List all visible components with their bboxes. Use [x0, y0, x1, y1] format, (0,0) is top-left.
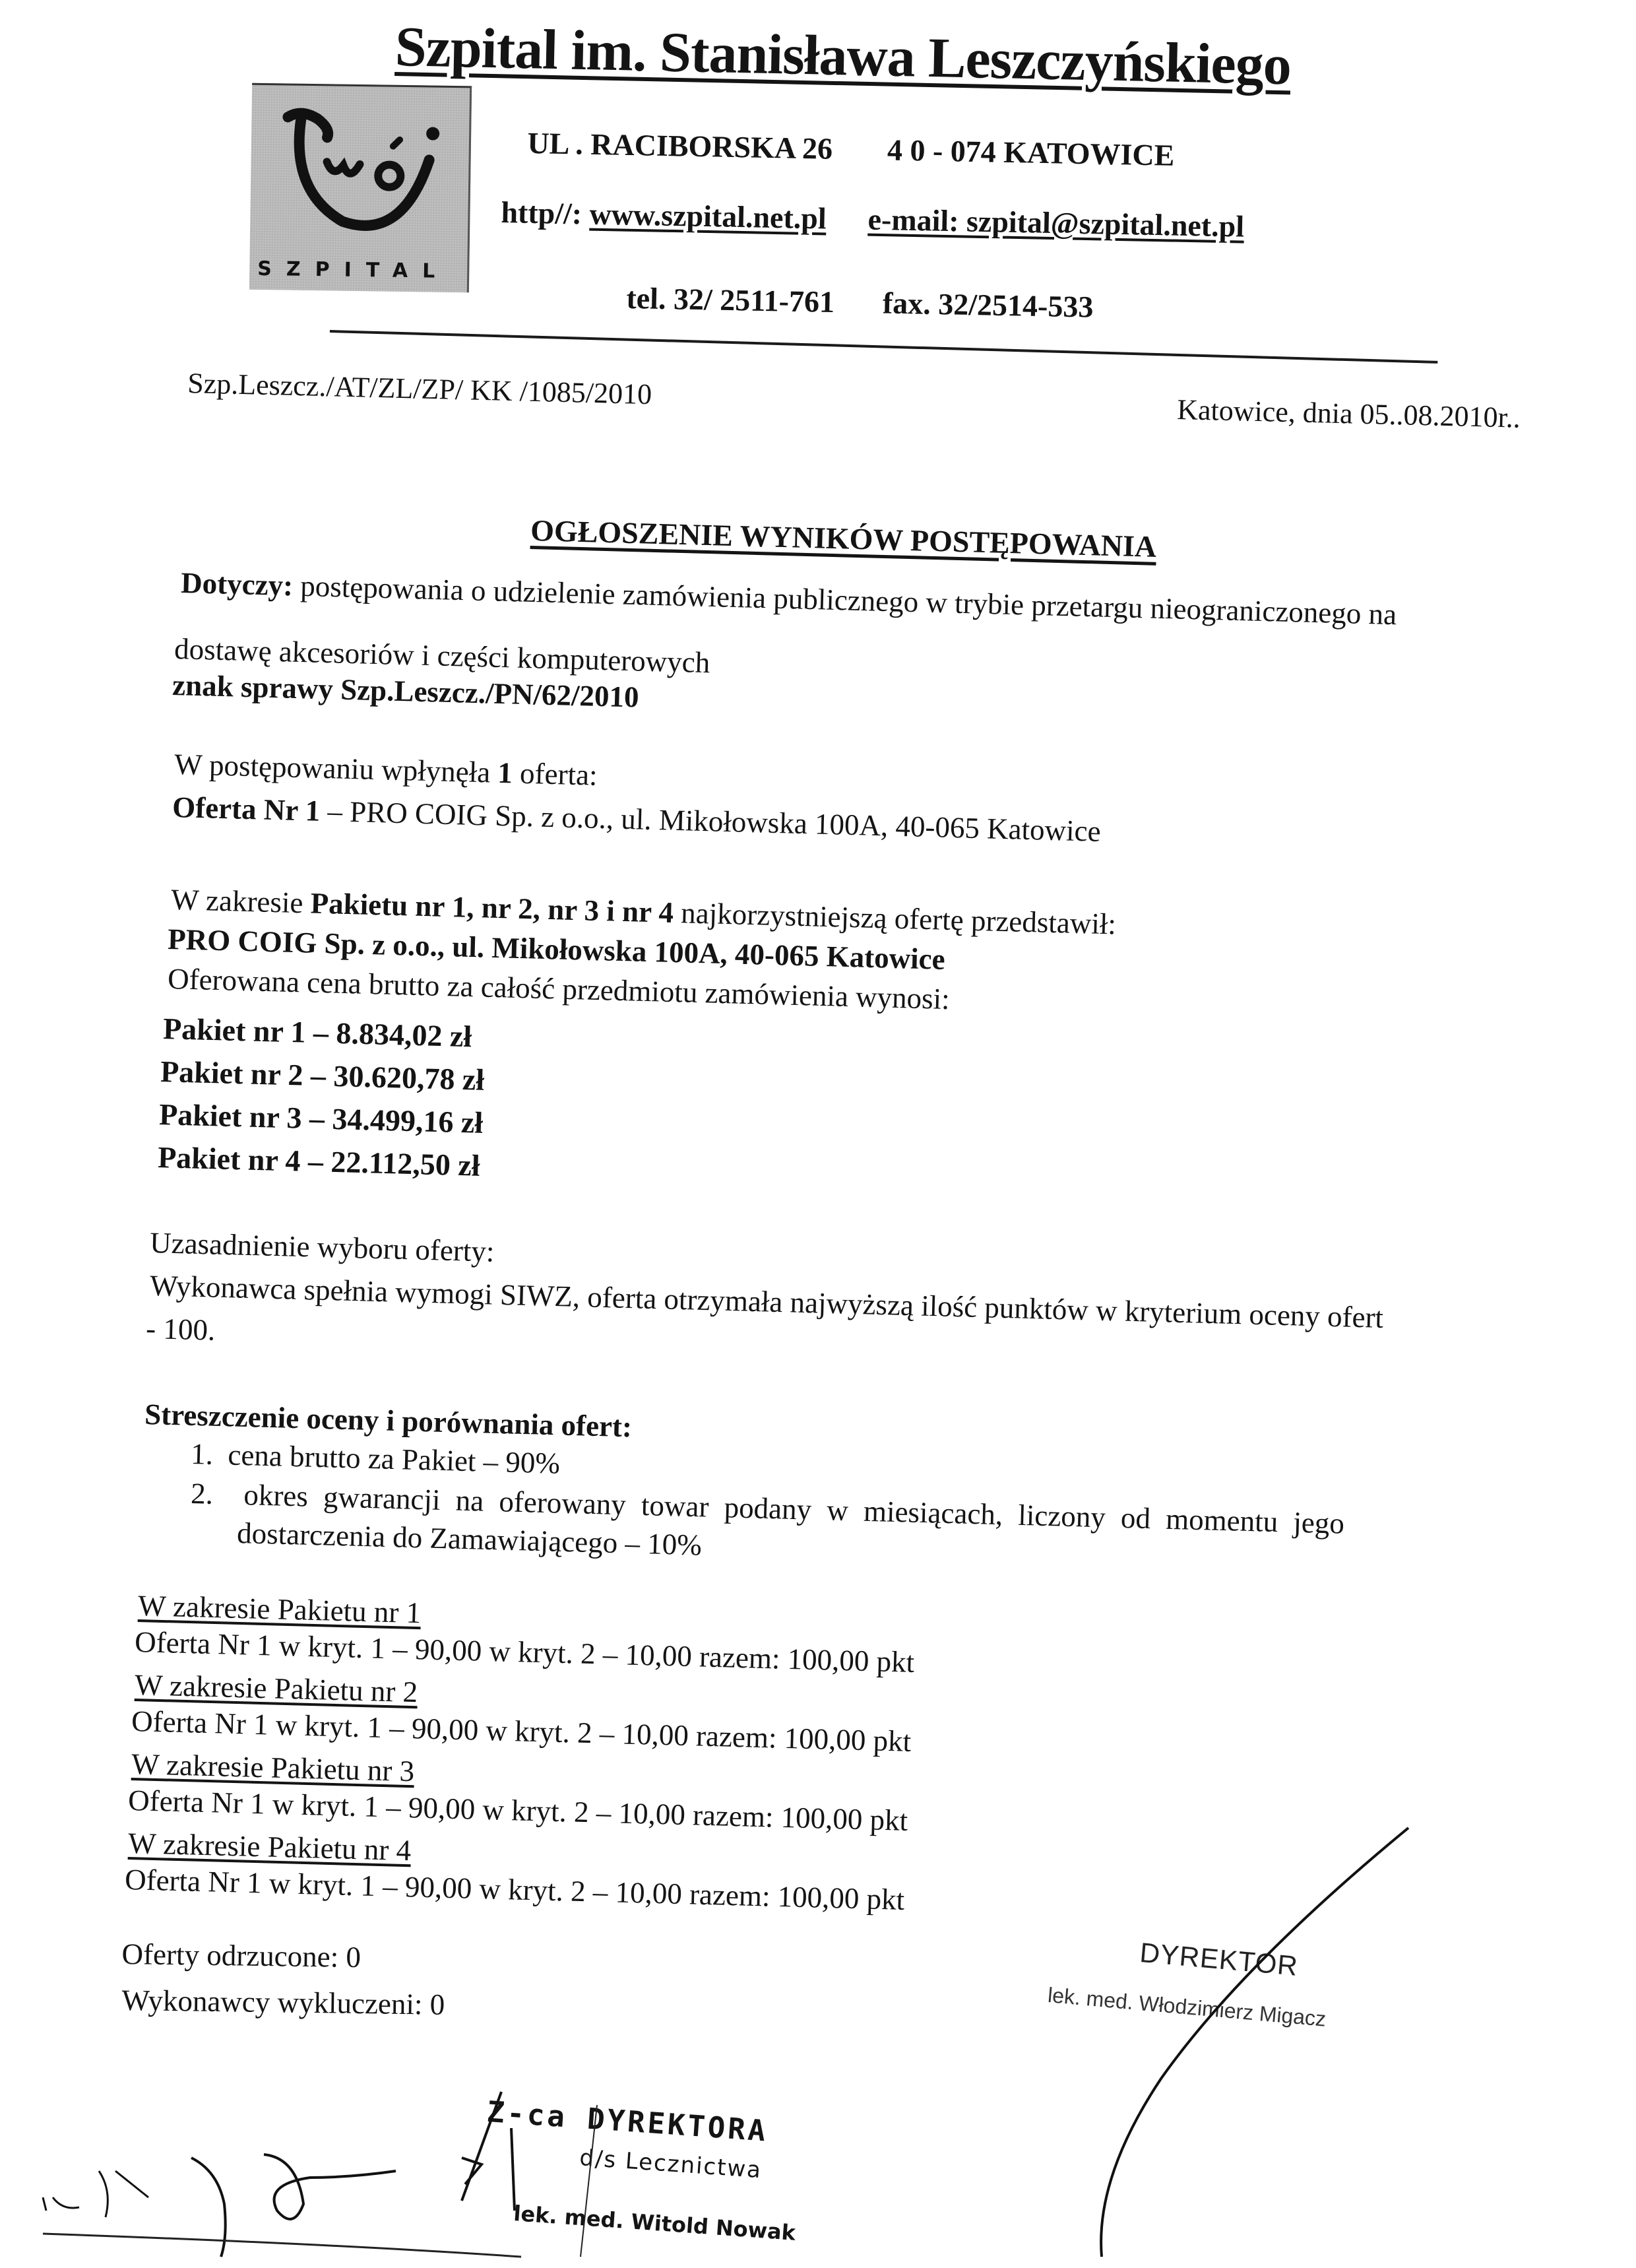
web-prefix: http//:	[501, 195, 582, 230]
offers-count: 1	[497, 756, 513, 790]
announcement-title: OGŁOSZENIE WYNIKÓW POSTĘPOWANIA	[530, 511, 1156, 566]
hospital-web: http//: www.szpital.net.pl e-mail: szpit…	[501, 195, 1245, 244]
package-price-3: Pakiet nr 3 – 34.499,16 zł	[158, 1095, 483, 1142]
street-address: UL . RACIBORSKA 26	[527, 126, 833, 166]
reference-number: Szp.Leszcz./AT/ZL/ZP/ KK /1085/2010	[187, 366, 652, 411]
package-price-4: Pakiet nr 4 – 22.112,50 zł	[157, 1138, 480, 1184]
director-stamp-name: lek. med. Włodzimierz Migacz	[1047, 1983, 1327, 2032]
hospital-name: Szpital im. Stanisława Leszczyńskiego	[394, 13, 1292, 98]
criterion-1: 1. cena brutto za Pakiet – 90%	[191, 1435, 561, 1482]
director-stamp-title: DYREKTOR	[1139, 1937, 1300, 1982]
smile-logo-icon	[263, 92, 456, 246]
bottom-rule	[43, 2234, 521, 2257]
initials-scribble	[191, 2155, 396, 2257]
website-link[interactable]: www.szpital.net.pl	[589, 197, 827, 236]
offer-entry: Oferta Nr 1 – PRO COIG Sp. z o.o., ul. M…	[172, 789, 1102, 850]
letter-date: Katowice, dnia 05..08.2010r..	[1177, 393, 1521, 435]
offer-text: – PRO COIG Sp. z o.o., ul. Mikołowska 10…	[320, 794, 1102, 848]
justification-label: Uzasadnienie wyboru oferty:	[150, 1224, 495, 1270]
subject-label: Dotyczy:	[181, 566, 294, 602]
deputy-stamp-title: Z-ca DYREKTORA	[486, 2095, 769, 2149]
initials-left	[43, 2171, 148, 2217]
excluded-contractors: Wykonawcy wykluczeni: 0	[121, 1983, 445, 2022]
header-divider	[330, 330, 1437, 364]
rejected-offers: Oferty odrzucone: 0	[121, 1937, 361, 1974]
subject-line: Dotyczy: postępowania o udzielenie zamów…	[181, 564, 1397, 633]
scope-packages: Pakietu nr 1, nr 2, nr 3 i nr 4	[310, 887, 674, 929]
postal-city: 4 0 - 074 KATOWICE	[887, 133, 1175, 172]
offer-label: Oferta Nr 1	[172, 791, 321, 827]
email-link[interactable]: e-mail: szpital@szpital.net.pl	[867, 203, 1244, 243]
logo-caption: SZPITAL	[257, 257, 462, 283]
offers-received: W postępowaniu wpłynęła 1 oferta:	[174, 746, 598, 794]
score-line-4: Oferta Nr 1 w kryt. 1 – 90,00 w kryt. 2 …	[125, 1861, 905, 1918]
hospital-phones: tel. 32/ 2511-761 fax. 32/2514-533	[626, 280, 1094, 325]
deputy-stamp-subtitle: d/s Lecznictwa	[579, 2145, 763, 2184]
hospital-address: UL . RACIBORSKA 26 4 0 - 074 KATOWICE	[527, 125, 1175, 173]
scanned-letter: Szpital im. Stanisława Leszczyńskiego SZ…	[0, 0, 1636, 2268]
phone-number: tel. 32/ 2511-761	[626, 281, 834, 319]
package-price-2: Pakiet nr 2 – 30.620,78 zł	[160, 1053, 484, 1099]
package-price-1: Pakiet nr 1 – 8.834,02 zł	[162, 1010, 472, 1056]
justification-text: Wykonawca spełnia wymogi SIWZ, oferta ot…	[150, 1267, 1384, 1336]
justification-text-cont: - 100.	[146, 1310, 216, 1349]
hospital-logo: SZPITAL	[249, 83, 472, 293]
subject-text: postępowania o udzielenie zamówienia pub…	[300, 569, 1397, 631]
director-signature-stroke	[1101, 1828, 1408, 2257]
fax-number: fax. 32/2514-533	[883, 286, 1094, 323]
deputy-stamp-name: lek. med. Witold Nowak	[513, 2201, 796, 2246]
